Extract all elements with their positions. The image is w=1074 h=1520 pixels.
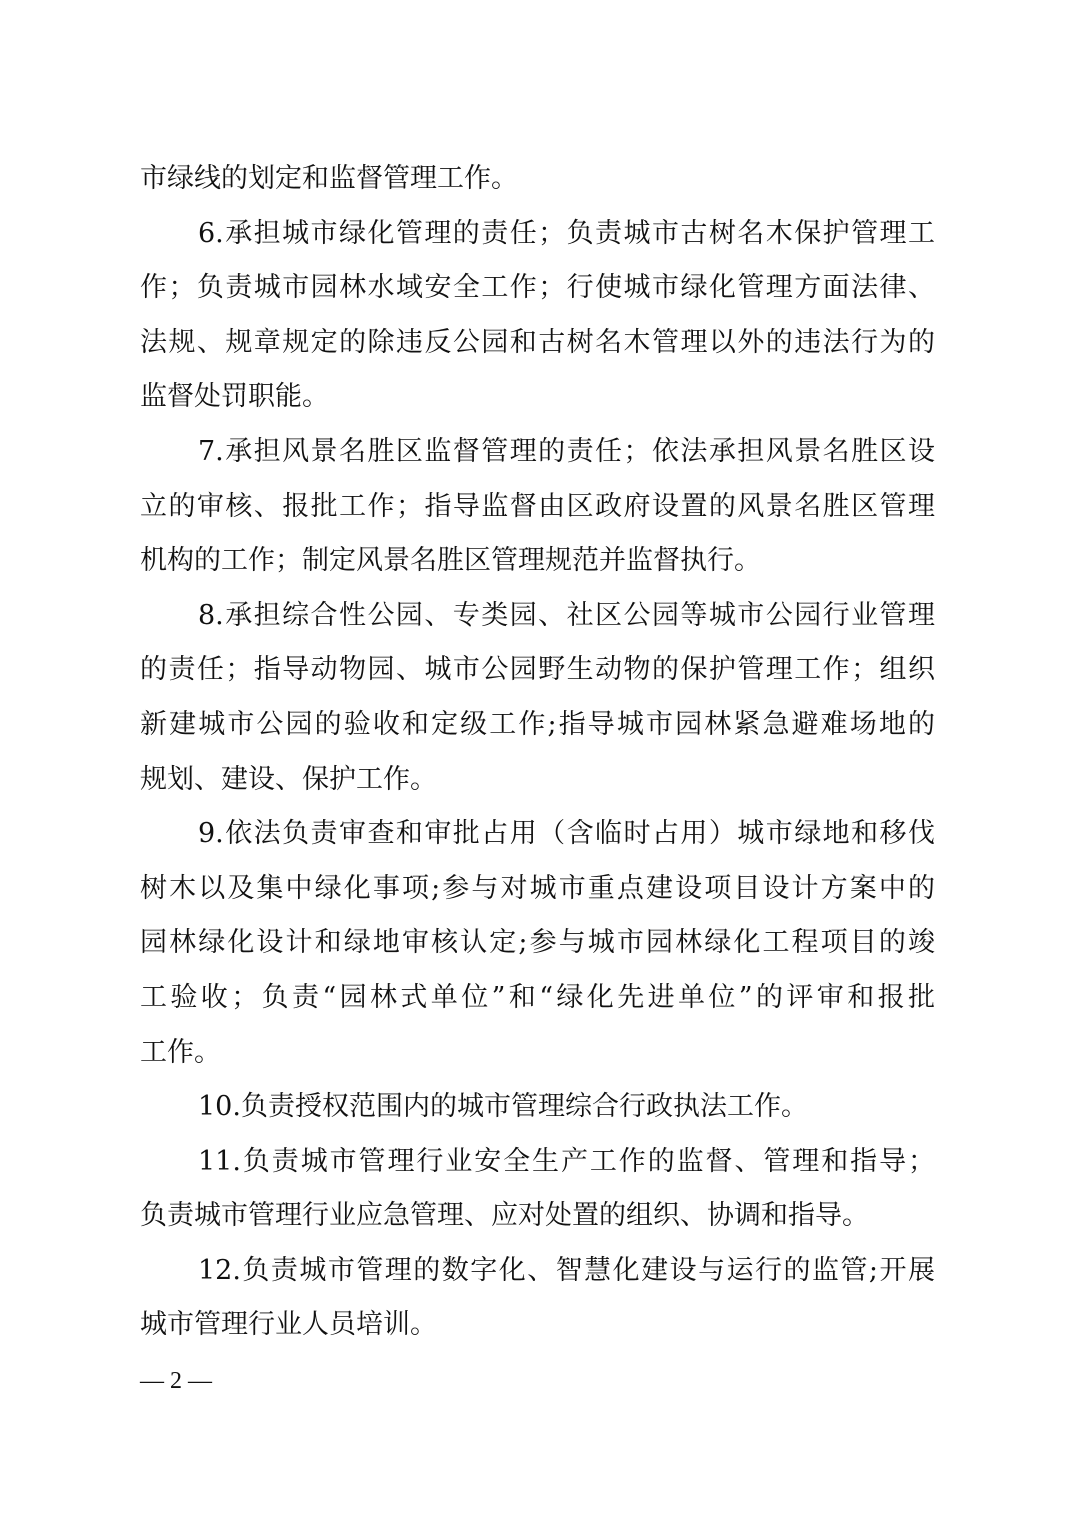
text-line: 8.承担综合性公园、专类园、社区公园等城市公园行业管理 [140, 589, 935, 644]
text-line: 作；负责城市园林水域安全工作；行使城市绿化管理方面法律、 [140, 261, 935, 316]
text-line: 城市管理行业人员培训。 [140, 1298, 935, 1353]
text-line: 新建城市公园的验收和定级工作;指导城市园林紧急避难场地的 [140, 698, 935, 753]
text-line: 6.承担城市绿化管理的责任；负责城市古树名木保护管理工 [140, 207, 935, 262]
text-line: 10.负责授权范围内的城市管理综合行政执法工作。 [140, 1080, 935, 1135]
document-page: 市绿线的划定和监督管理工作。 6.承担城市绿化管理的责任；负责城市古树名木保护管… [0, 0, 1074, 1520]
text-line: 机构的工作；制定风景名胜区管理规范并监督执行。 [140, 534, 935, 589]
text-line: 12.负责城市管理的数字化、智慧化建设与运行的监管;开展 [140, 1244, 935, 1299]
text-line: 立的审核、报批工作；指导监督由区政府设置的风景名胜区管理 [140, 480, 935, 535]
page-number: — 2 — [140, 1366, 212, 1396]
text-line: 11.负责城市管理行业安全生产工作的监督、管理和指导； [140, 1135, 935, 1190]
text-line: 7.承担风景名胜区监督管理的责任；依法承担风景名胜区设 [140, 425, 935, 480]
text-line: 市绿线的划定和监督管理工作。 [140, 152, 935, 207]
text-line: 规划、建设、保护工作。 [140, 753, 935, 808]
text-line: 法规、规章规定的除违反公园和古树名木管理以外的违法行为的 [140, 316, 935, 371]
text-line: 9.依法负责审查和审批占用（含临时占用）城市绿地和移伐 [140, 807, 935, 862]
text-line: 负责城市管理行业应急管理、应对处置的组织、协调和指导。 [140, 1189, 935, 1244]
text-line: 工作。 [140, 1026, 935, 1081]
text-line: 的责任；指导动物园、城市公园野生动物的保护管理工作；组织 [140, 643, 935, 698]
text-line: 树木以及集中绿化事项;参与对城市重点建设项目设计方案中的 [140, 862, 935, 917]
text-line: 工验收；负责“园林式单位”和“绿化先进单位”的评审和报批 [140, 971, 935, 1026]
text-line: 监督处罚职能。 [140, 370, 935, 425]
document-body: 市绿线的划定和监督管理工作。 6.承担城市绿化管理的责任；负责城市古树名木保护管… [140, 152, 935, 1353]
text-line: 园林绿化设计和绿地审核认定;参与城市园林绿化工程项目的竣 [140, 916, 935, 971]
